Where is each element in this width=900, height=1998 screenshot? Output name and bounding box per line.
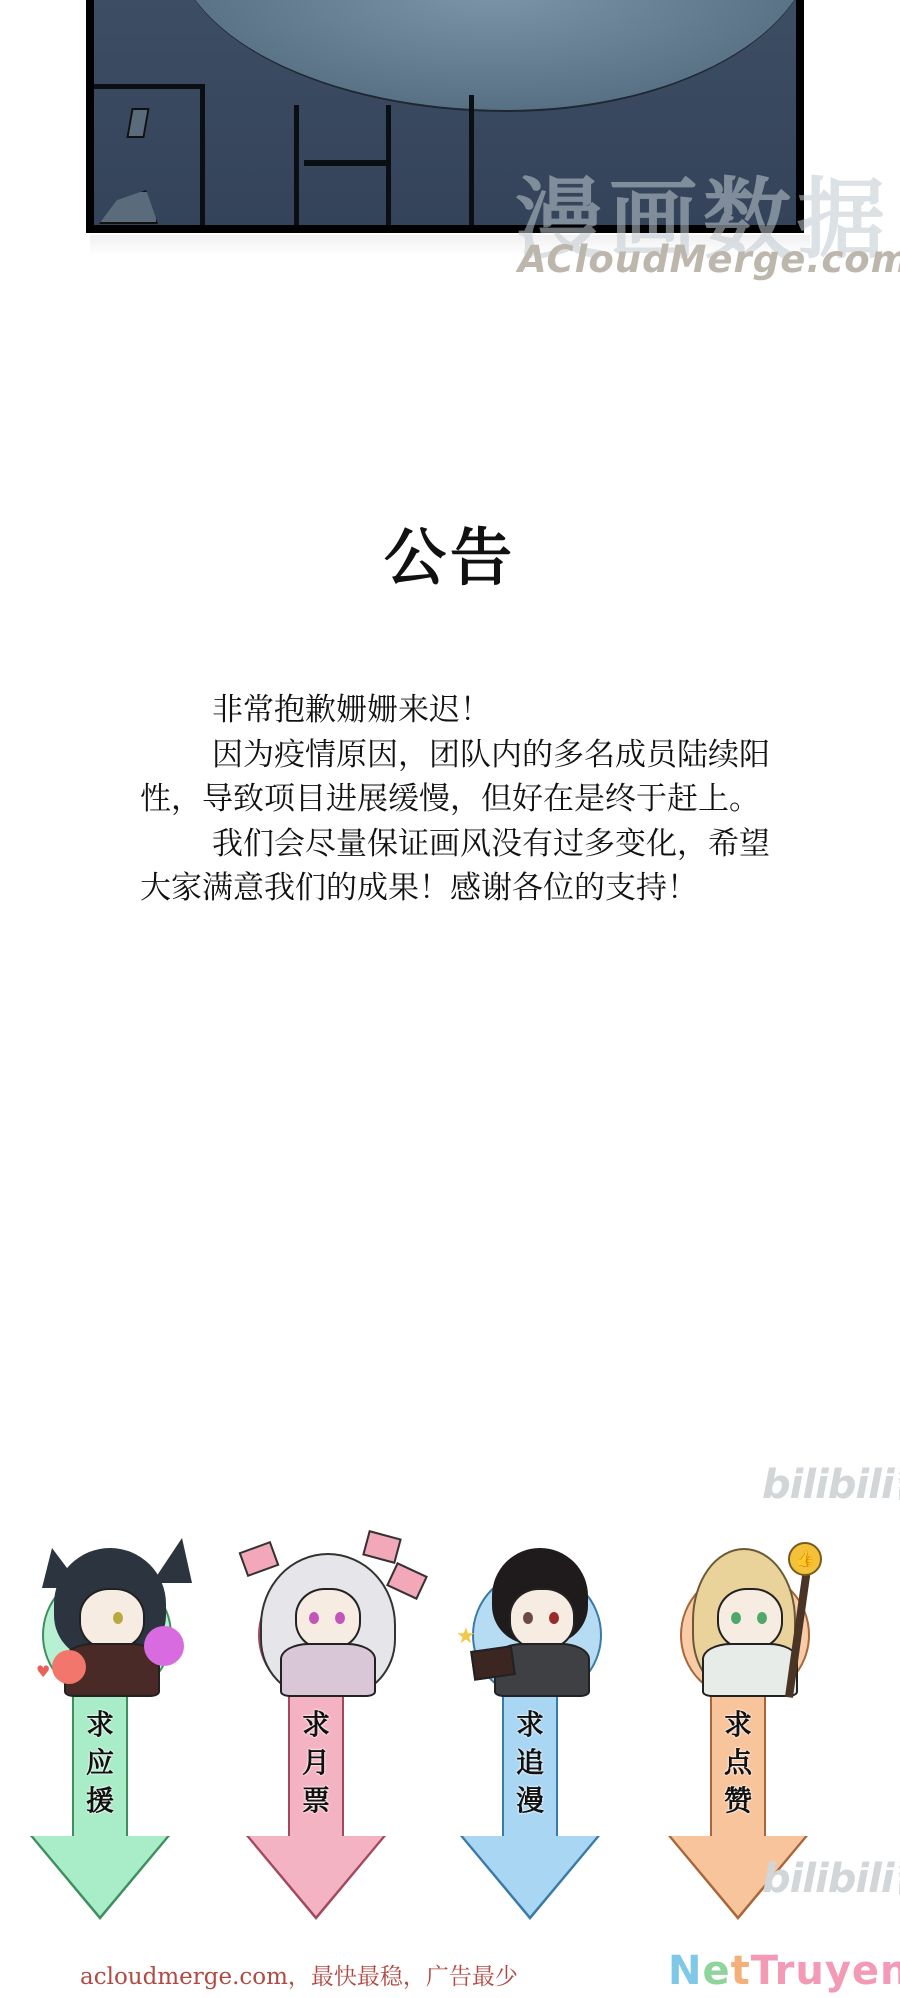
floor-line <box>386 105 391 225</box>
floor-line <box>294 105 299 225</box>
cta-like: 👍 求 点 赞 <box>660 1530 860 1910</box>
bilibili-logo: bilibili <box>762 1856 894 1902</box>
promo-text: acloudmerge.com，最快最稳，广告最少 <box>80 1958 518 1991</box>
notice-paragraph: 我们会尽量保证画风没有过多变化，希望大家满意我们的成果！感谢各位的支持！ <box>140 822 770 911</box>
bilibili-watermark: bilibili 漫 画 <box>762 1462 900 1508</box>
chibi-character-avatar: ★ <box>474 1538 604 1688</box>
floor-line <box>200 84 205 225</box>
chibi-character-avatar <box>260 1538 390 1688</box>
chibi-character-avatar: 👍 <box>682 1538 812 1688</box>
notice-paragraph: 因为疫情原因，团队内的多名成员陆续阳性，导致项目进展缓慢，但好在是终于赶上。 <box>140 733 770 822</box>
cat-ear <box>152 1538 192 1583</box>
ticket-icon <box>386 1562 428 1600</box>
thumbs-up-icon: 👍 <box>788 1542 822 1576</box>
arrow-down-icon <box>33 1836 167 1916</box>
floor-line <box>94 84 204 89</box>
pom-pom <box>144 1626 184 1666</box>
logo-part: N <box>668 1948 702 1994</box>
cta-label: 求 应 援 <box>72 1706 128 1820</box>
cat-ear <box>42 1548 82 1588</box>
floor-line <box>304 160 389 166</box>
notice-title: 公告 <box>0 508 900 597</box>
floor-line <box>469 95 474 225</box>
notice-body: 非常抱歉姗姗来迟！ 因为疫情原因，团队内的多名成员陆续阳性，导致项目进展缓慢，但… <box>140 688 770 911</box>
bilibili-watermark: bilibili 漫 画 <box>762 1856 900 1902</box>
logo-part: t <box>731 1948 751 1994</box>
watermark-site: ACloudMerge.com <box>518 238 900 281</box>
arrow-down-icon <box>249 1836 383 1916</box>
ticket-icon <box>239 1541 280 1577</box>
cta-follow: ★ 求 追 漫 <box>452 1530 652 1910</box>
rock-shard <box>126 108 149 138</box>
logo-part: Truyen <box>751 1948 900 1994</box>
cta-label: 求 追 漫 <box>502 1706 558 1820</box>
star-icon: ★ <box>456 1624 476 1649</box>
arrow-down-icon <box>463 1836 597 1916</box>
ticket-icon <box>362 1530 402 1564</box>
cta-label: 求 点 赞 <box>710 1706 766 1820</box>
panel-cloth-art <box>174 0 796 112</box>
logo-part: e <box>702 1948 730 1994</box>
rock-shard <box>99 190 158 224</box>
book-icon <box>470 1645 516 1681</box>
cta-label: 求 月 票 <box>288 1706 344 1820</box>
heart-icon: ♥ <box>36 1662 50 1681</box>
pom-pom <box>52 1650 86 1684</box>
chibi-character-avatar: ♥ <box>44 1538 174 1688</box>
cta-monthly-ticket: 求 月 票 <box>238 1530 438 1910</box>
notice-paragraph: 非常抱歉姗姗来迟！ <box>140 688 770 733</box>
cta-support: ♥ 求 应 援 <box>22 1530 222 1910</box>
nettruyen-logo: NetTruyen <box>668 1948 900 1994</box>
bilibili-logo: bilibili <box>762 1462 894 1508</box>
